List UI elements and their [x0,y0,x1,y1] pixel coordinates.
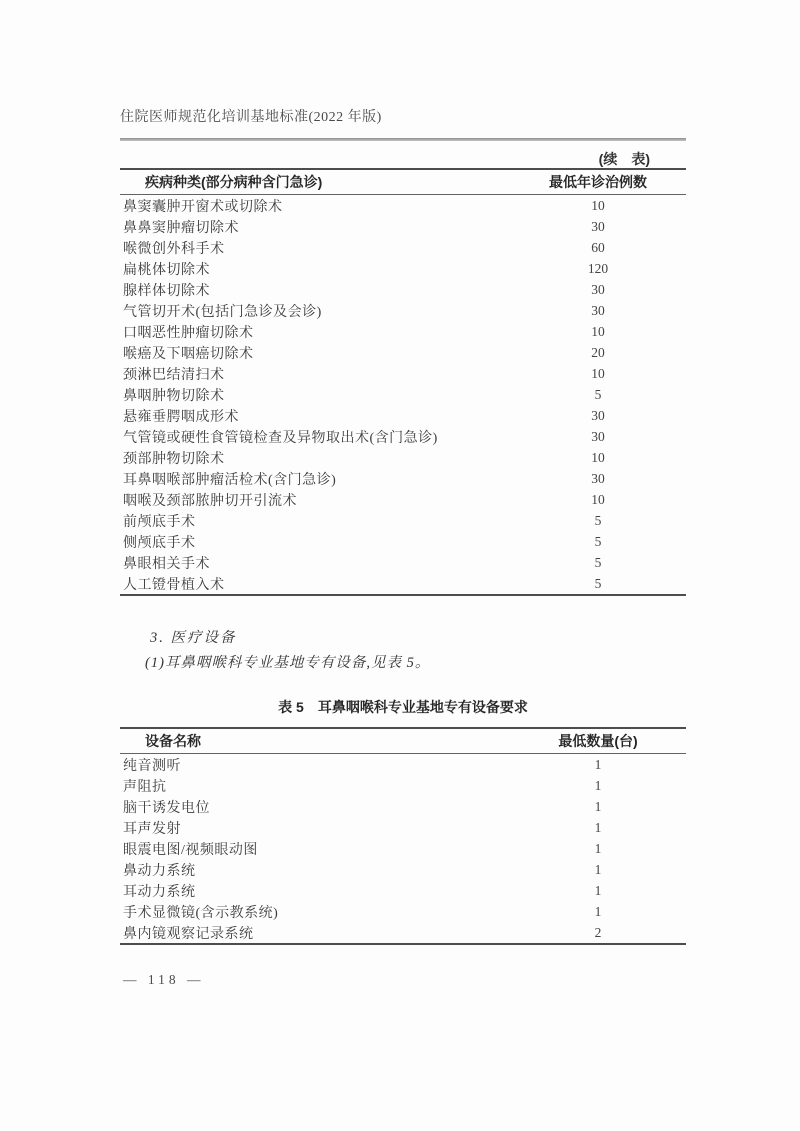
column-header-equipment-name: 设备名称 [120,731,518,751]
procedure-name-cell: 前颅底手术 [120,511,518,531]
running-head-title: 住院医师规范化培训基地标准(2022 年版) [120,0,686,128]
equipment-name-cell: 纯音测听 [120,755,518,775]
table-row: 耳动力系统 1 [120,880,686,901]
table-row: 颈部肿物切除术 10 [120,447,686,468]
table-bottom-rule [120,594,686,596]
procedure-value-cell: 30 [518,429,678,445]
table-row: 耳鼻咽喉部肿瘤活检术(含门急诊) 30 [120,468,686,489]
procedure-value-cell: 20 [518,345,678,361]
table-row: 颈淋巴结清扫术 10 [120,363,686,384]
equipment-value-cell: 2 [518,925,678,941]
procedure-value-cell: 30 [518,471,678,487]
equipment-value-cell: 1 [518,862,678,878]
procedure-name-cell: 鼻眼相关手术 [120,553,518,573]
procedure-name-cell: 人工镫骨植入术 [120,574,518,594]
equipment-name-cell: 鼻内镜观察记录系统 [120,923,518,943]
procedure-name-cell: 侧颅底手术 [120,532,518,552]
procedure-value-cell: 30 [518,408,678,424]
table-row: 眼震电图/视频眼动图 1 [120,838,686,859]
procedure-value-cell: 30 [518,219,678,235]
procedure-value-cell: 5 [518,555,678,571]
procedure-name-cell: 颈部肿物切除术 [120,448,518,468]
table-row: 耳声发射 1 [120,817,686,838]
procedure-name-cell: 鼻鼻窦肿瘤切除术 [120,217,518,237]
procedure-value-cell: 60 [518,240,678,256]
table-row: 鼻咽肿物切除术 5 [120,384,686,405]
equipment-value-cell: 1 [518,757,678,773]
equipment-name-cell: 手术显微镜(含示教系统) [120,902,518,922]
procedure-name-cell: 气管镜或硬性食管镜检查及异物取出术(含门急诊) [120,427,518,447]
procedure-value-cell: 5 [518,576,678,592]
table-header-row: 设备名称 最低数量(台) [120,729,686,753]
procedure-value-cell: 30 [518,282,678,298]
table-row: 脑干诱发电位 1 [120,796,686,817]
table-row: 人工镫骨植入术 5 [120,573,686,594]
table-row: 侧颅底手术 5 [120,531,686,552]
table-row: 口咽恶性肿瘤切除术 10 [120,321,686,342]
equipment-table: 设备名称 最低数量(台) 纯音测听 1 声阻抗 1 [120,727,686,945]
procedure-name-cell: 腺样体切除术 [120,280,518,300]
procedure-name-cell: 颈淋巴结清扫术 [120,364,518,384]
table-row: 喉微创外科手术 60 [120,237,686,258]
procedure-name-cell: 气管切开术(包括门急诊及会诊) [120,301,518,321]
equipment-name-cell: 耳动力系统 [120,881,518,901]
table-row: 腺样体切除术 30 [120,279,686,300]
table5-caption: 表 5 耳鼻咽喉科专业基地专有设备要求 [120,699,686,715]
procedure-value-cell: 10 [518,450,678,466]
table-bottom-rule [120,943,686,945]
table-row: 鼻眼相关手术 5 [120,552,686,573]
table-row: 气管镜或硬性食管镜检查及异物取出术(含门急诊) 30 [120,426,686,447]
table-row: 声阻抗 1 [120,775,686,796]
table-row: 前颅底手术 5 [120,510,686,531]
procedure-value-cell: 10 [518,366,678,382]
procedures-table-body: 鼻窦囊肿开窗术或切除术 10 鼻鼻窦肿瘤切除术 30 喉微创外科手术 60 [120,195,686,594]
equipment-name-cell: 脑干诱发电位 [120,797,518,817]
table-row: 鼻窦囊肿开窗术或切除术 10 [120,195,686,216]
equipment-name-cell: 鼻动力系统 [120,860,518,880]
procedure-name-cell: 鼻窦囊肿开窗术或切除术 [120,196,518,216]
document-page: 住院医师规范化培训基地标准(2022 年版) (续 表) 疾病种类(部分病种含门… [0,0,800,1131]
table-row: 气管切开术(包括门急诊及会诊) 30 [120,300,686,321]
section-heading-medical-equipment: 3. 医疗设备 [120,629,686,647]
procedure-name-cell: 咽喉及颈部脓肿切开引流术 [120,490,518,510]
table-row: 悬雍垂腭咽成形术 30 [120,405,686,426]
equipment-value-cell: 1 [518,820,678,836]
procedure-name-cell: 耳鼻咽喉部肿瘤活检术(含门急诊) [120,469,518,489]
procedure-name-cell: 喉微创外科手术 [120,238,518,258]
table-row: 鼻内镜观察记录系统 2 [120,922,686,943]
equipment-name-cell: 声阻抗 [120,776,518,796]
procedure-name-cell: 喉癌及下咽癌切除术 [120,343,518,363]
procedure-value-cell: 5 [518,534,678,550]
procedure-value-cell: 5 [518,513,678,529]
table-row: 鼻动力系统 1 [120,859,686,880]
equipment-table-body: 纯音测听 1 声阻抗 1 脑干诱发电位 1 耳声发射 [120,754,686,943]
equipment-value-cell: 1 [518,778,678,794]
column-header-min-annual-cases: 最低年诊治例数 [518,172,678,192]
procedures-table: 疾病种类(部分病种含门急诊) 最低年诊治例数 鼻窦囊肿开窗术或切除术 10 鼻鼻… [120,168,686,596]
procedure-value-cell: 120 [518,261,678,277]
equipment-value-cell: 1 [518,841,678,857]
procedure-name-cell: 口咽恶性肿瘤切除术 [120,322,518,342]
table-row: 鼻鼻窦肿瘤切除术 30 [120,216,686,237]
equipment-value-cell: 1 [518,799,678,815]
procedure-name-cell: 扁桃体切除术 [120,259,518,279]
procedure-name-cell: 悬雍垂腭咽成形术 [120,406,518,426]
table-row: 喉癌及下咽癌切除术 20 [120,342,686,363]
procedure-value-cell: 10 [518,198,678,214]
table-header-row: 疾病种类(部分病种含门急诊) 最低年诊治例数 [120,170,686,194]
page-content: 住院医师规范化培训基地标准(2022 年版) (续 表) 疾病种类(部分病种含门… [120,0,686,989]
table-row: 扁桃体切除术 120 [120,258,686,279]
section-paragraph: (1)耳鼻咽喉科专业基地专有设备,见表 5。 [120,654,686,672]
equipment-value-cell: 1 [518,904,678,920]
equipment-name-cell: 眼震电图/视频眼动图 [120,839,518,859]
procedure-name-cell: 鼻咽肿物切除术 [120,385,518,405]
procedure-value-cell: 30 [518,303,678,319]
equipment-value-cell: 1 [518,883,678,899]
equipment-name-cell: 耳声发射 [120,818,518,838]
column-header-min-quantity: 最低数量(台) [518,731,678,751]
procedure-value-cell: 10 [518,324,678,340]
footer-page-number: — 118 — [120,971,686,989]
procedure-value-cell: 10 [518,492,678,508]
running-head-rule [120,138,686,141]
table-row: 咽喉及颈部脓肿切开引流术 10 [120,489,686,510]
procedure-value-cell: 5 [518,387,678,403]
table-row: 手术显微镜(含示教系统) 1 [120,901,686,922]
table-continuation-note: (续 表) [120,150,686,168]
column-header-disease-type: 疾病种类(部分病种含门急诊) [120,172,518,192]
table-row: 纯音测听 1 [120,754,686,775]
